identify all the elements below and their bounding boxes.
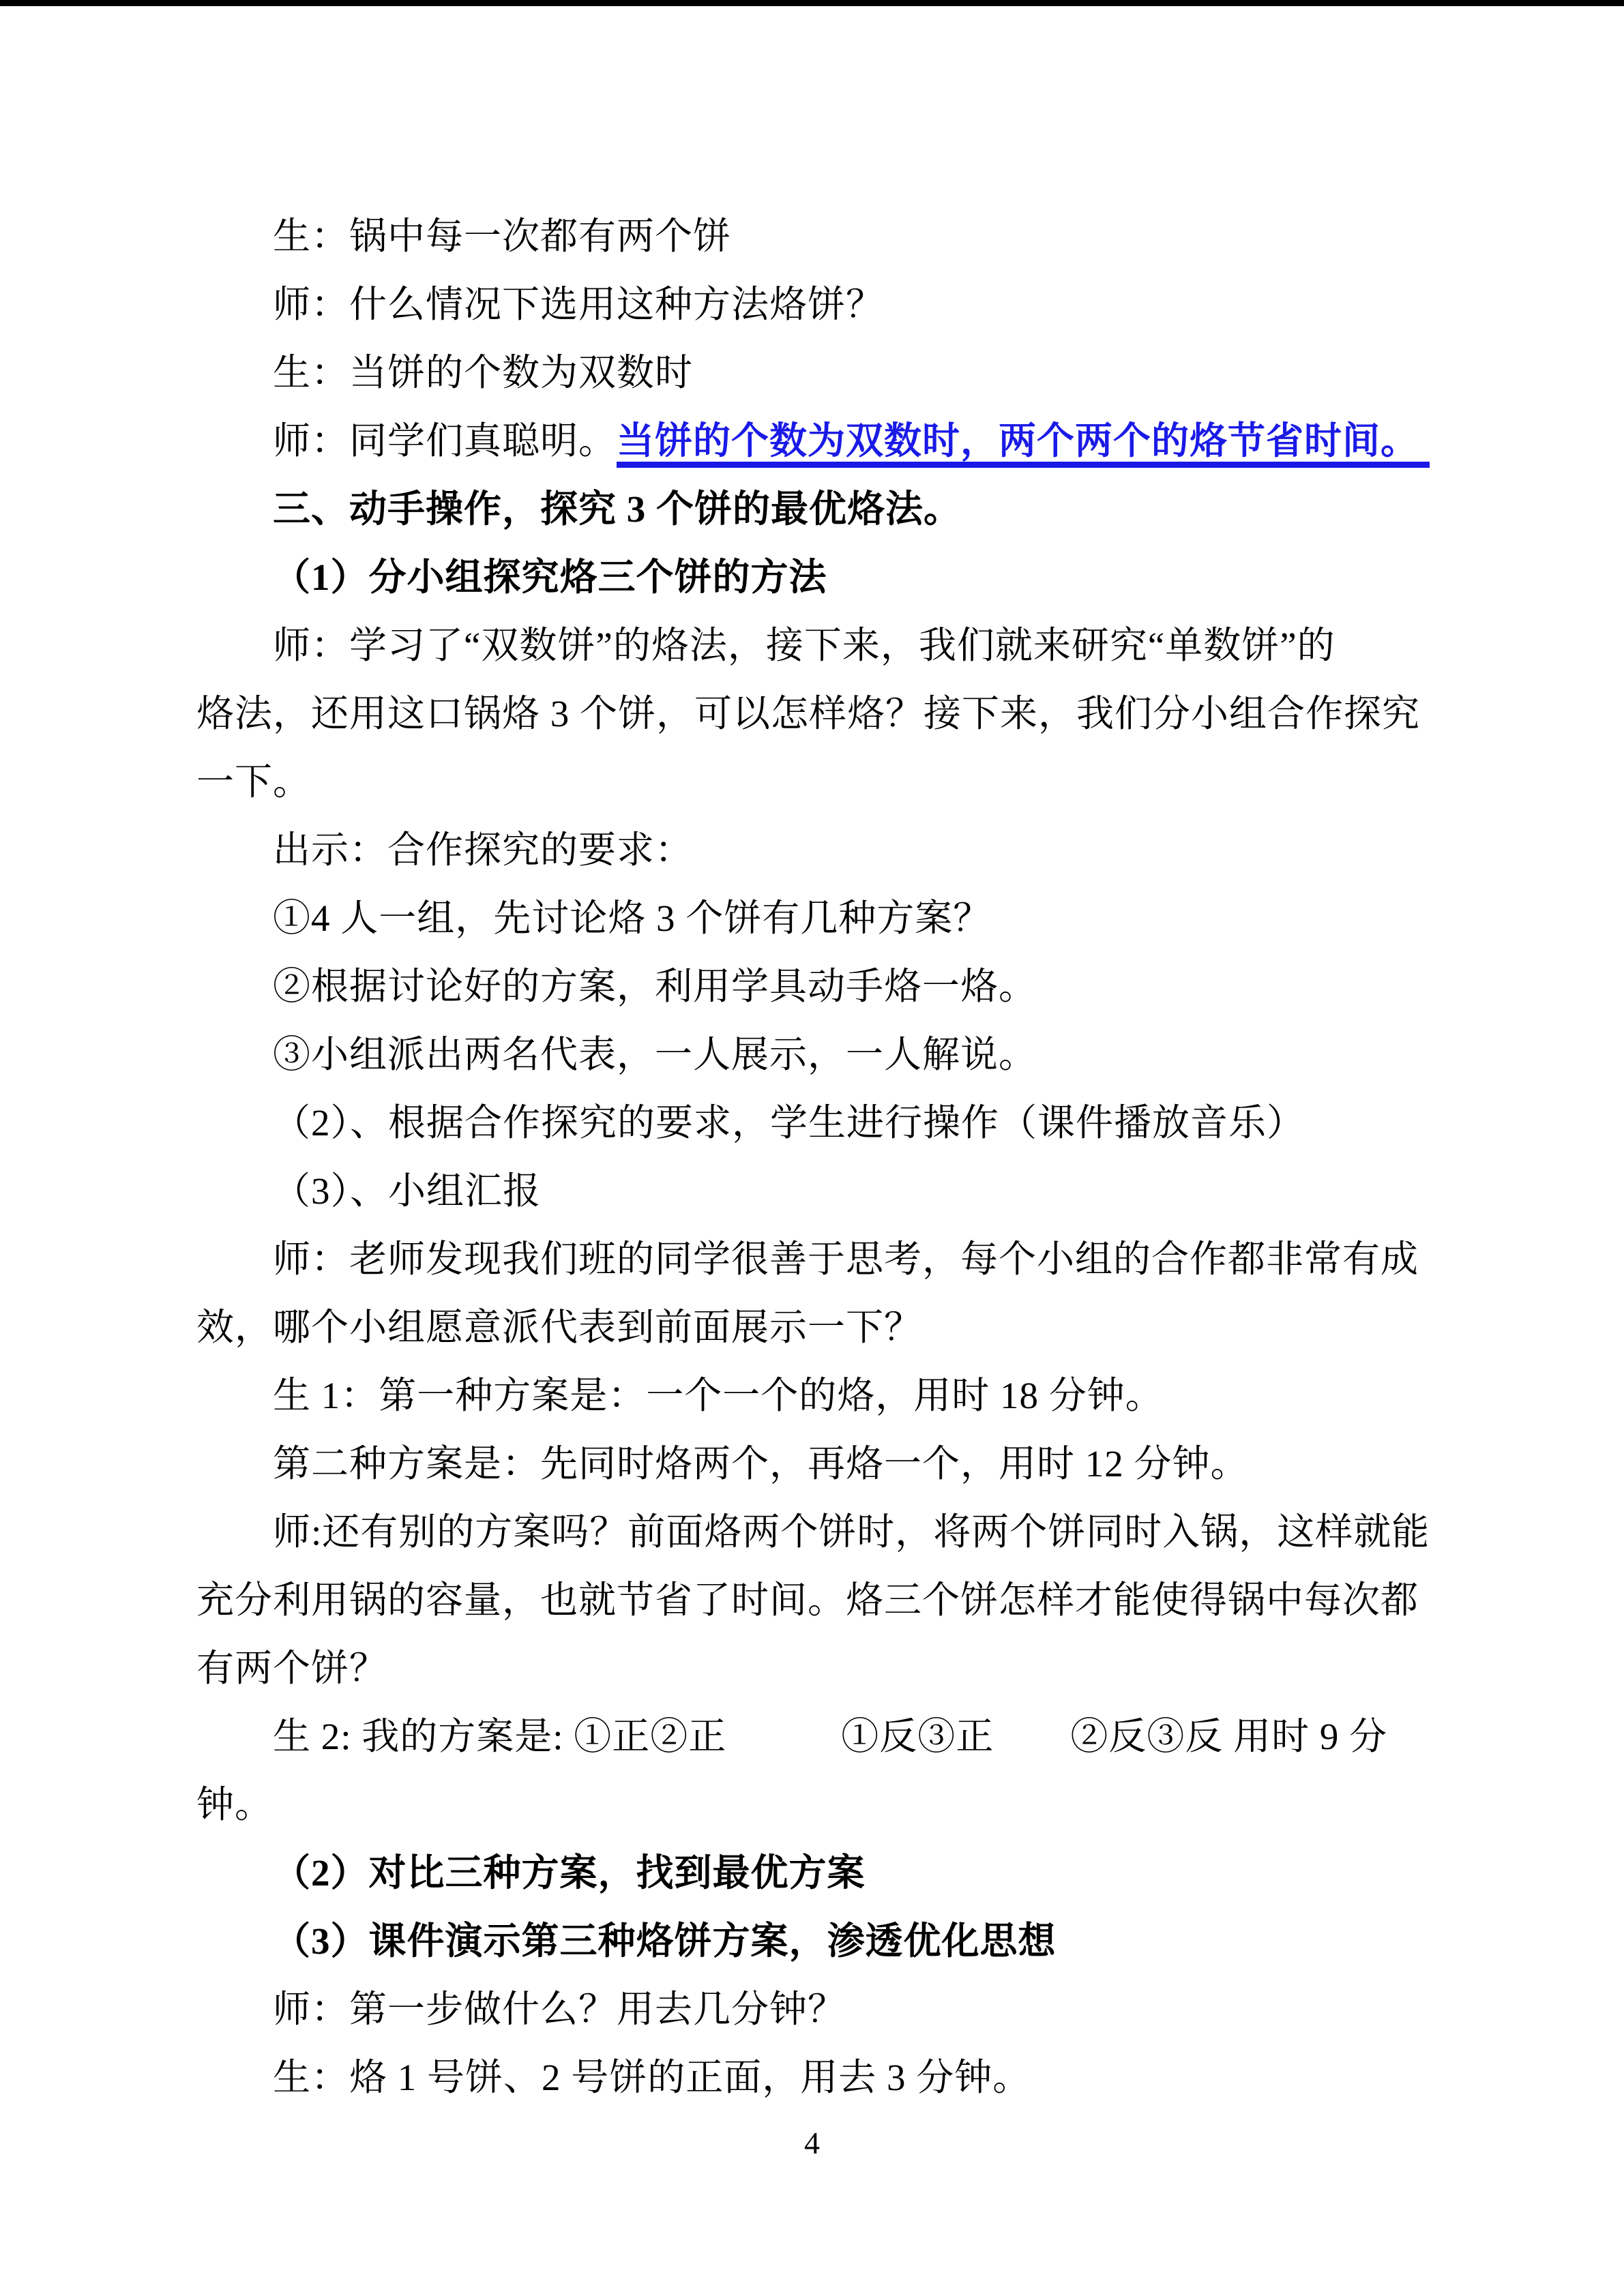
dialogue-continuation-line: 一下。 [196, 748, 1428, 816]
document-page: 生：锅中每一次都有两个饼 师：什么情况下选用这种方法烙饼？ 生：当饼的个数为双数… [0, 0, 1624, 2296]
subsection-heading: （2）对比三种方案，找到最优方案 [196, 1839, 1428, 1907]
dialogue-line: 第二种方案是：先同时烙两个，再烙一个，用时 12 分钟。 [196, 1430, 1428, 1498]
dialogue-text: 师：学习了“双数饼”的烙法，接下来，我们就来研究“单数饼”的 [273, 625, 1335, 666]
dialogue-text: 钟。 [196, 1784, 273, 1825]
dialogue-line: 出示：合作探究的要求： [196, 816, 1428, 884]
dialogue-text: 烙法，还用这口锅烙 3 个饼，可以怎样烙？接下来，我们分小组合作探究 [196, 693, 1420, 734]
highlighted-sentence: 当饼的个数为双数时，两个两个的烙节省时间。 [617, 420, 1430, 468]
subsection-heading-text: （2）对比三种方案，找到最优方案 [273, 1852, 866, 1894]
dialogue-text: 有两个饼？ [196, 1648, 387, 1689]
window-top-border [0, 0, 1624, 6]
numbered-item-text: ①4 人一组，先讨论烙 3 个饼有几种方案？ [273, 897, 991, 939]
page-number: 4 [0, 2122, 1624, 2164]
dialogue-text: 一下。 [196, 761, 311, 803]
numbered-item-line: ②根据讨论好的方案，利用学具动手烙一烙。 [196, 953, 1428, 1021]
subsection-heading: （3）课件演示第三种烙饼方案，渗透优化思想 [196, 1907, 1428, 1976]
dialogue-text: 充分利用锅的容量，也就节省了时间。烙三个饼怎样才能使得锅中每次都 [196, 1579, 1419, 1621]
dialogue-continuation-line: 烙法，还用这口锅烙 3 个饼，可以怎样烙？接下来，我们分小组合作探究 [196, 680, 1428, 748]
dialogue-line: 师：学习了“双数饼”的烙法，接下来，我们就来研究“单数饼”的 [196, 612, 1428, 680]
dialogue-line: 生：当饼的个数为双数时 [196, 339, 1428, 407]
dialogue-text: 师：第一步做什么？用去几分钟？ [273, 1988, 846, 2030]
numbered-item-text: ②根据讨论好的方案，利用学具动手烙一烙。 [273, 966, 1037, 1007]
document-text-block: 生：锅中每一次都有两个饼 师：什么情况下选用这种方法烙饼？ 生：当饼的个数为双数… [196, 203, 1428, 2112]
dialogue-text: 师：什么情况下选用这种方法烙饼？ [273, 284, 884, 325]
dialogue-text: 出示：合作探究的要求： [273, 829, 693, 871]
dialogue-continuation-line: 有两个饼？ [196, 1635, 1428, 1703]
dialogue-line: 生：锅中每一次都有两个饼 [196, 203, 1428, 271]
numbered-item-line: ①4 人一组，先讨论烙 3 个饼有几种方案？ [196, 884, 1428, 953]
dialogue-text: 生 2: 我的方案是: ①正②正 ①反③正 ②反③反 用时 9 分 [273, 1716, 1387, 1757]
dialogue-line: 师：什么情况下选用这种方法烙饼？ [196, 271, 1428, 339]
section-heading-text: 三、动手操作，探究 3 个饼的最优烙法。 [273, 488, 962, 530]
dialogue-line-with-highlight: 师：同学们真聪明。当饼的个数为双数时，两个两个的烙节省时间。 [196, 407, 1428, 475]
subsection-heading-text: （1）分小组探究烙三个饼的方法 [273, 556, 827, 598]
section-heading: 三、动手操作，探究 3 个饼的最优烙法。 [196, 475, 1428, 543]
list-line-text: （2）、根据合作探究的要求，学生进行操作（课件播放音乐） [273, 1102, 1305, 1144]
dialogue-continuation-line: 充分利用锅的容量，也就节省了时间。烙三个饼怎样才能使得锅中每次都 [196, 1566, 1428, 1635]
numbered-item-text: ③小组派出两名代表，一人展示，一人解说。 [273, 1034, 1037, 1075]
dialogue-continuation-line: 钟。 [196, 1771, 1428, 1839]
dialogue-text: 生：烙 1 号饼、2 号饼的正面，用去 3 分钟。 [273, 2057, 1031, 2098]
dialogue-text: 师：同学们真聪明。 [273, 420, 617, 462]
dialogue-continuation-line: 效，哪个小组愿意派代表到前面展示一下？ [196, 1294, 1428, 1362]
dialogue-line: 师:还有别的方案吗？前面烙两个饼时，将两个饼同时入锅，这样就能 [196, 1498, 1428, 1566]
subsection-heading-text: （3）课件演示第三种烙饼方案，渗透优化思想 [273, 1920, 1057, 1962]
dialogue-text: 第二种方案是：先同时烙两个，再烙一个，用时 12 分钟。 [273, 1443, 1249, 1485]
list-line: （3）、小组汇报 [196, 1157, 1428, 1225]
dialogue-line: 师：第一步做什么？用去几分钟？ [196, 1976, 1428, 2044]
dialogue-text: 师：老师发现我们班的同学很善于思考，每个小组的合作都非常有成 [273, 1238, 1419, 1280]
numbered-item-line: ③小组派出两名代表，一人展示，一人解说。 [196, 1021, 1428, 1089]
dialogue-text: 生 1：第一种方案是：一个一个的烙，用时 18 分钟。 [273, 1375, 1164, 1416]
dialogue-line: 生：烙 1 号饼、2 号饼的正面，用去 3 分钟。 [196, 2044, 1428, 2112]
subsection-heading: （1）分小组探究烙三个饼的方法 [196, 543, 1428, 612]
dialogue-text: 师:还有别的方案吗？前面烙两个饼时，将两个饼同时入锅，这样就能 [273, 1511, 1430, 1553]
list-line-text: （3）、小组汇报 [273, 1170, 541, 1212]
dialogue-text: 效，哪个小组愿意派代表到前面展示一下？ [196, 1307, 922, 1348]
dialogue-line: 生 1：第一种方案是：一个一个的烙，用时 18 分钟。 [196, 1362, 1428, 1430]
dialogue-line: 生 2: 我的方案是: ①正②正 ①反③正 ②反③反 用时 9 分 [196, 1703, 1428, 1771]
dialogue-line: 师：老师发现我们班的同学很善于思考，每个小组的合作都非常有成 [196, 1225, 1428, 1294]
dialogue-text: 生：锅中每一次都有两个饼 [273, 215, 731, 257]
list-line: （2）、根据合作探究的要求，学生进行操作（课件播放音乐） [196, 1089, 1428, 1157]
dialogue-text: 生：当饼的个数为双数时 [273, 352, 693, 393]
